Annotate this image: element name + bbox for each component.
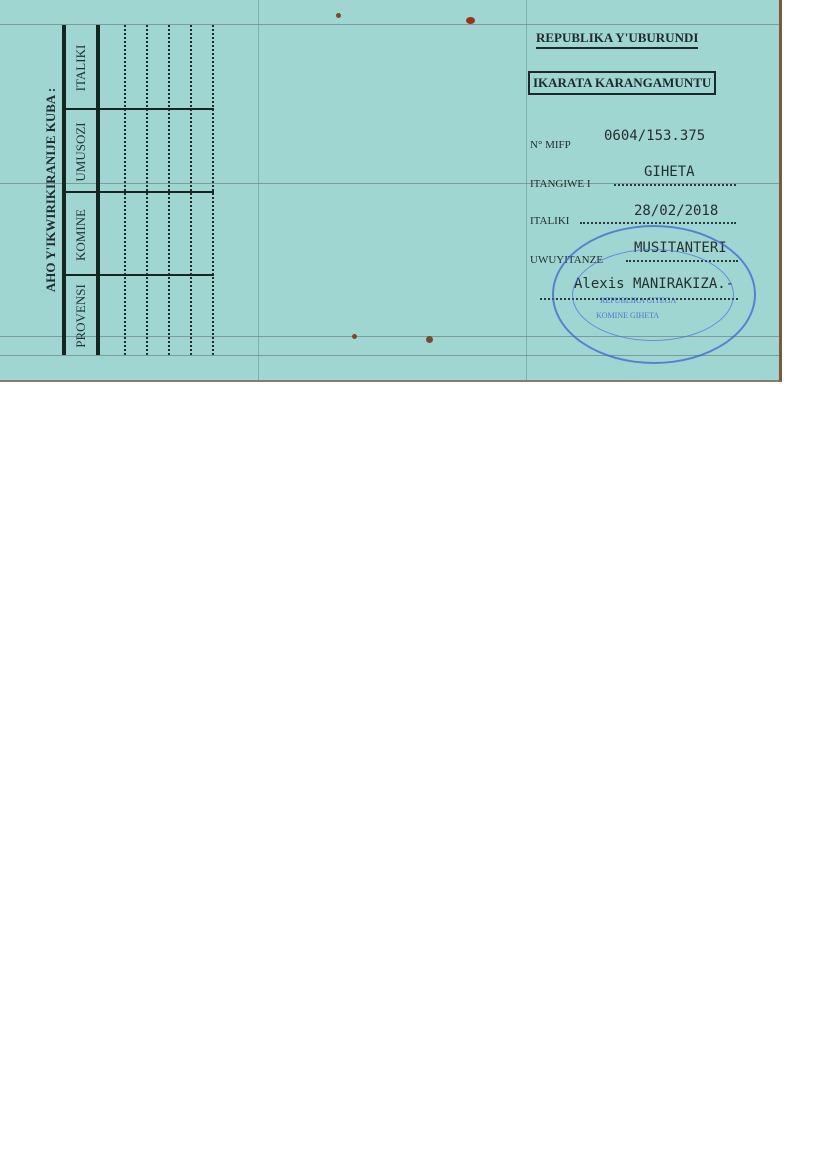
table-dotted-line (124, 25, 126, 355)
column-header-umusozi: UMUSOZI (66, 110, 96, 193)
issued-at-dotted-line (614, 184, 736, 186)
photo-panel-blank (258, 0, 526, 382)
table-dotted-line (212, 25, 214, 355)
column-header-komine: KOMINE (66, 193, 96, 276)
stain (352, 334, 357, 339)
country-heading: REPUBLIKA Y'UBURUNDI (536, 30, 698, 49)
mifp-label: N° MIFP (530, 139, 571, 151)
table-dotted-line (146, 25, 148, 355)
identity-card: AHO Y'IKWIRIKIRANIJE KUBA : PROVENSI KOM… (0, 0, 782, 382)
table-dotted-line (190, 25, 192, 355)
table-dotted-line (168, 25, 170, 355)
stain (426, 336, 433, 343)
stamp-text-line-2: KOMINE GIHETA (596, 311, 659, 320)
card-title-box: IKARATA KARANGAMUNTU (528, 71, 716, 95)
column-header-provensi: PROVENSI (66, 276, 96, 356)
fold-line-right (526, 0, 527, 380)
date-value: 28/02/2018 (634, 203, 718, 219)
stain (466, 17, 475, 24)
mifp-value: 0604/153.375 (604, 128, 705, 144)
issued-at-value: GIHETA (644, 164, 695, 180)
stain (336, 13, 341, 18)
column-header-italiki: ITALIKI (66, 25, 96, 110)
stamp-text-line-1: REPUBLIKA GITEGA (600, 296, 676, 305)
registration-table-panel: AHO Y'IKWIRIKIRANIJE KUBA : PROVENSI KOM… (0, 0, 258, 382)
date-dotted-line (580, 222, 736, 224)
registration-table-title: AHO Y'IKWIRIKIRANIJE KUBA : (38, 25, 64, 355)
official-stamp (552, 225, 756, 364)
table-border-header (96, 25, 100, 355)
date-label: ITALIKI (530, 215, 569, 227)
issued-at-label: ITANGIWE I (530, 178, 591, 190)
